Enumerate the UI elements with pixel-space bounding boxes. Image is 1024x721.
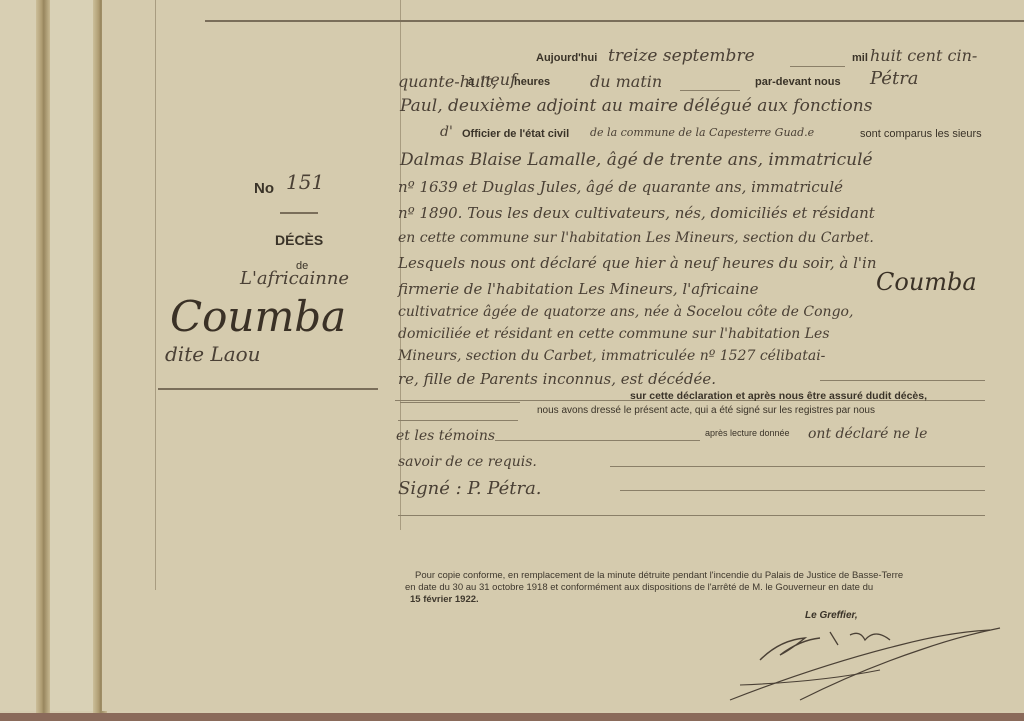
fill-line [398, 515, 985, 516]
a-label: à [468, 76, 474, 88]
body-line-9: Lesquels nous ont déclaré que hier à neu… [398, 254, 877, 272]
body-line-18: savoir de ce requis. [398, 454, 537, 470]
subject-prefix: L'africainne [240, 268, 349, 289]
hour: neuf [480, 70, 516, 89]
year-part: huit cent cin- [870, 46, 977, 65]
body-line-13: Mineurs, section du Carbet, immatriculée… [398, 348, 825, 364]
footer-line-2: en date du 30 au 31 octobre 1918 et conf… [405, 582, 873, 593]
fill-line [680, 90, 740, 91]
left-section-rule [158, 388, 378, 390]
record-number-label: No [254, 180, 274, 197]
fill-line [495, 440, 700, 441]
underlying-page-1 [0, 0, 40, 711]
day-month: treize septembre [608, 46, 755, 66]
body-line-7: nº 1890. Tous les deux cultivateurs, nés… [398, 204, 875, 222]
officer-name: Pétra [870, 68, 919, 89]
deceased-name: Coumba [876, 268, 977, 296]
record-number: 151 [286, 170, 324, 194]
subject-alias: dite Laou [165, 342, 261, 366]
clerk-signature [700, 610, 1020, 710]
lecture-text: après lecture donnée [705, 428, 790, 438]
body-line-12: domiciliée et résidant en cette commune … [398, 326, 830, 342]
officer-title: Paul, deuxième adjoint au maire délégué … [400, 96, 872, 116]
body-line-8: en cette commune sur l'habitation Les Mi… [398, 230, 874, 246]
number-underline [280, 212, 318, 214]
temoins: et les témoins [396, 428, 495, 444]
body-line-6: nº 1639 et Duglas Jules, âgé de quarante… [398, 178, 843, 196]
comparus-label: sont comparus les sieurs [860, 128, 982, 140]
record-type: DÉCÈS [275, 232, 323, 248]
mil-label: mil [852, 52, 868, 64]
body-line-5: Dalmas Blaise Lamalle, âgé de trente ans… [400, 150, 873, 170]
acte-text: nous avons dressé le présent acte, qui a… [537, 405, 875, 416]
time-of-day: du matin [590, 72, 662, 91]
commune-name: de la commune de la Capesterre Guad.e [590, 126, 814, 139]
fill-line [620, 490, 985, 491]
fill-line [398, 420, 518, 421]
top-rule [205, 20, 1024, 22]
body-line-11: cultivatrice âgée de quatorze ans, née à… [398, 304, 853, 320]
declaration-outcome: ont déclaré ne le [808, 426, 927, 442]
officer-prefix: d' [440, 124, 453, 140]
fill-line [790, 66, 845, 67]
declaration-text: sur cette déclaration et après nous être… [630, 390, 927, 402]
fill-line [400, 402, 520, 403]
desk-surface [0, 713, 1024, 721]
officier-label: Officier de l'état civil [462, 128, 569, 140]
aujourdhui-label: Aujourd'hui [536, 52, 597, 64]
signed-line: Signé : P. Pétra. [398, 478, 542, 499]
footer-line-3: 15 février 1922. [410, 594, 479, 605]
par-devant-label: par-devant nous [755, 76, 841, 88]
left-margin-rule [155, 0, 156, 590]
page-edge-1 [36, 0, 50, 713]
subject-name: Coumba [170, 292, 346, 341]
fill-line [820, 380, 985, 381]
fill-line [610, 466, 985, 467]
heures-label: heures [514, 76, 550, 88]
body-line-10: firmerie de l'habitation Les Mineurs, l'… [398, 280, 758, 298]
body-line-14: re, fille de Parents inconnus, est décéd… [398, 370, 716, 388]
footer-line-1: Pour copie conforme, en remplacement de … [415, 570, 903, 581]
